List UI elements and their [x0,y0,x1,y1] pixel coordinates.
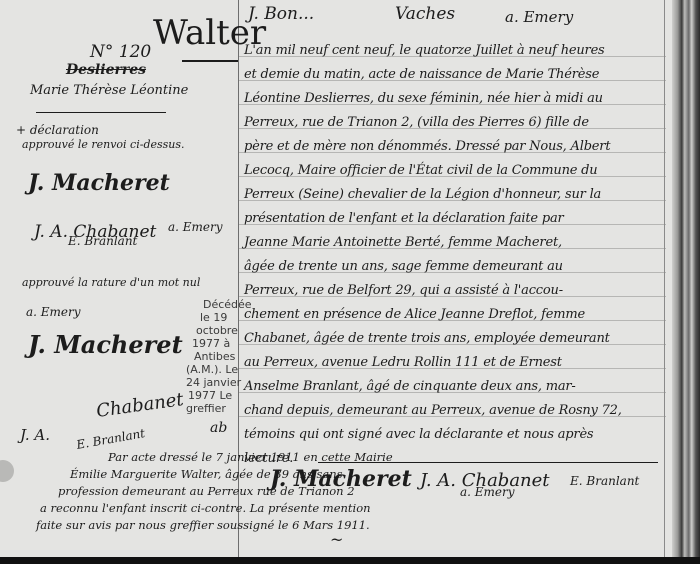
header-separator [36,112,166,113]
signature-emery-bottom: a. Emery [460,485,515,499]
right-margin-line [664,0,665,564]
surname-underline [182,60,238,62]
signature-branlant-bottom: E. Branlant [570,474,639,488]
body-line: L'an mil neuf cent neuf, le quatorze Jui… [244,43,605,58]
approval-note: approuvé la rature d'un mot nul [22,276,200,289]
declaration-note: + déclaration [16,123,99,137]
death-note-line: 1977 à [192,337,230,350]
body-line: Anselme Branlant, âgé de cinquante deux … [244,379,576,394]
body-line: Perreux, rue de Trianon 2, (villa des Pi… [244,115,589,130]
body-line: Perreux, rue de Belfort 29, qui a assist… [244,283,563,298]
signature-branlant: E. Branlant [68,234,137,248]
body-line: Lecocq, Maire officier de l'État civil d… [244,163,597,178]
book-binding [672,0,700,564]
death-note-line: greffier [186,402,226,415]
body-line: père et de mère non dénommés. Dressé par… [244,139,610,154]
body-line: chement en présence de Alice Jeanne Dref… [244,307,585,322]
body-line: témoins qui ont signé avec la déclarante… [244,427,593,442]
death-note-line: 24 janvier [186,376,241,389]
death-note-line: (A.M.). Le [186,363,238,376]
body-line: présentation de l'enfant et la déclarati… [244,211,564,226]
act-number: N° 120 [90,44,151,61]
page-edge [0,557,700,564]
recognition-note-line: profession demeurant au Perreux rue de T… [58,484,355,498]
body-line: Léontine Deslierres, du sexe féminin, né… [244,91,603,106]
signature-macheret: J. Macheret [28,170,170,196]
body-line: Perreux (Seine) chevalier de la Légion d… [244,187,601,202]
top-fragment-3: a. Emery [505,10,573,25]
body-line: chand depuis, demeurant au Perreux, aven… [244,403,622,418]
top-fragment-2: Vaches [395,6,455,23]
death-note-line: le 19 [200,311,227,324]
body-line: Jeanne Marie Antoinette Berté, femme Mac… [244,235,562,250]
punch-hole [0,460,14,482]
register-page: N° 120 Deslierres Marie Thérèse Léontine… [0,0,700,564]
signature-ja: J. A. [20,426,50,444]
death-note-line: octobre [196,324,238,337]
recognition-note-line: Par acte dressé le 7 janvier 1911 en cet… [108,450,393,464]
top-fragment-1: J. Bon... [248,6,314,23]
initials-ab: ab [210,420,227,436]
death-note-line: 1977 Le [188,389,232,402]
signature-emery-2: a. Emery [26,305,81,319]
body-line: Chabanet, âgée de trente trois ans, empl… [244,331,610,346]
recognition-note-line: a reconnu l'enfant inscrit ci-contre. La… [40,501,371,515]
body-line: au Perreux, avenue Ledru Rollin 111 et d… [244,355,562,370]
signature-branlant-2: E. Branlant [75,426,146,452]
signature-macheret-2: J. Macheret [28,330,183,359]
recognition-note-line: faite sur avis par nous greffier soussig… [36,518,370,532]
signature-chabanet-2: Chabanet [95,389,185,422]
recognition-note-line: Émilie Marguerite Walter, âgée de 39 ans… [70,467,343,481]
body-line: âgée de trente un ans, sage femme demeur… [244,259,563,274]
greffier-signature: ~ [330,530,343,549]
struck-surname: Deslierres [66,63,146,77]
declaration-approval: approuvé le renvoi ci-dessus. [22,138,185,151]
body-line: et demie du matin, acte de naissance de … [244,67,599,82]
signature-emery: a. Emery [168,220,223,234]
given-names: Marie Thérèse Léontine [30,84,188,97]
death-note-line: Antibes [194,350,235,363]
